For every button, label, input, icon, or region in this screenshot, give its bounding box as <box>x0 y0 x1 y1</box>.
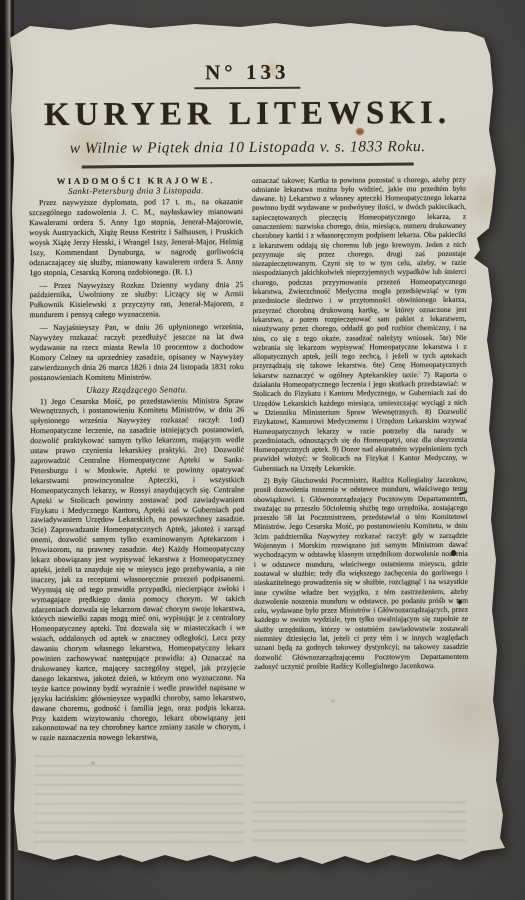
section-heading-krajowe: WIADOMOŚCI KRAJOWE. <box>29 176 243 187</box>
showthrough-text <box>252 798 466 848</box>
dateline-heading: Sankt-Petersburg dnia 3 Listopada. <box>29 186 243 197</box>
section-heading-ukazy: Ukazy Rządzącego Senatu. <box>30 385 244 396</box>
article-paragraph: 1) Jego Cesarska Mość, po przedstawieniu… <box>30 396 246 744</box>
newspaper-page: N° 133 KURYER LITEWSKI. w Wilnie w Piąte… <box>0 0 525 900</box>
printed-content: N° 133 KURYER LITEWSKI. w Wilnie w Piąte… <box>28 59 470 747</box>
paper-shadow-wrapper: N° 133 KURYER LITEWSKI. w Wilnie w Piąte… <box>0 0 525 900</box>
article-paragraph: — Nayjaśnieyszy Pan, w dniu 26 upłynione… <box>30 322 244 383</box>
scan-background: N° 133 KURYER LITEWSKI. w Wilnie w Piąte… <box>0 0 525 900</box>
article-paragraph: — Przez Naywyższy Rozkaz Dzienny wydany … <box>29 280 243 321</box>
masthead-rule <box>82 163 414 168</box>
newspaper-title: KURYER LITEWSKI. <box>28 93 466 135</box>
article-paragraph: Przez naywyższe dyplomata, pod 17 t. m.,… <box>29 197 243 277</box>
showthrough-text <box>34 752 244 844</box>
article-paragraph-continuation: oznaczać takowe; Kartka ta powinna pozos… <box>252 174 468 473</box>
article-columns: WIADOMOŚCI KRAJOWE. Sankt-Petersburg dni… <box>29 174 470 746</box>
masthead-dateline: w Wilnie w Piątek dnia 10 Listopada v. s… <box>29 138 467 158</box>
issue-number-rule <box>194 87 300 90</box>
foxing-spots <box>0 0 2 2</box>
issue-number: N° 133 <box>28 59 466 86</box>
column-right: oznaczać takowe; Kartka ta powinna pozos… <box>252 174 469 745</box>
article-paragraph: 2) Były Głuchowski Pocztmistrz, Radźca K… <box>253 475 468 671</box>
column-left: WIADOMOŚCI KRAJOWE. Sankt-Petersburg dni… <box>29 176 246 747</box>
masthead: N° 133 KURYER LITEWSKI. w Wilnie w Piąte… <box>28 59 467 168</box>
